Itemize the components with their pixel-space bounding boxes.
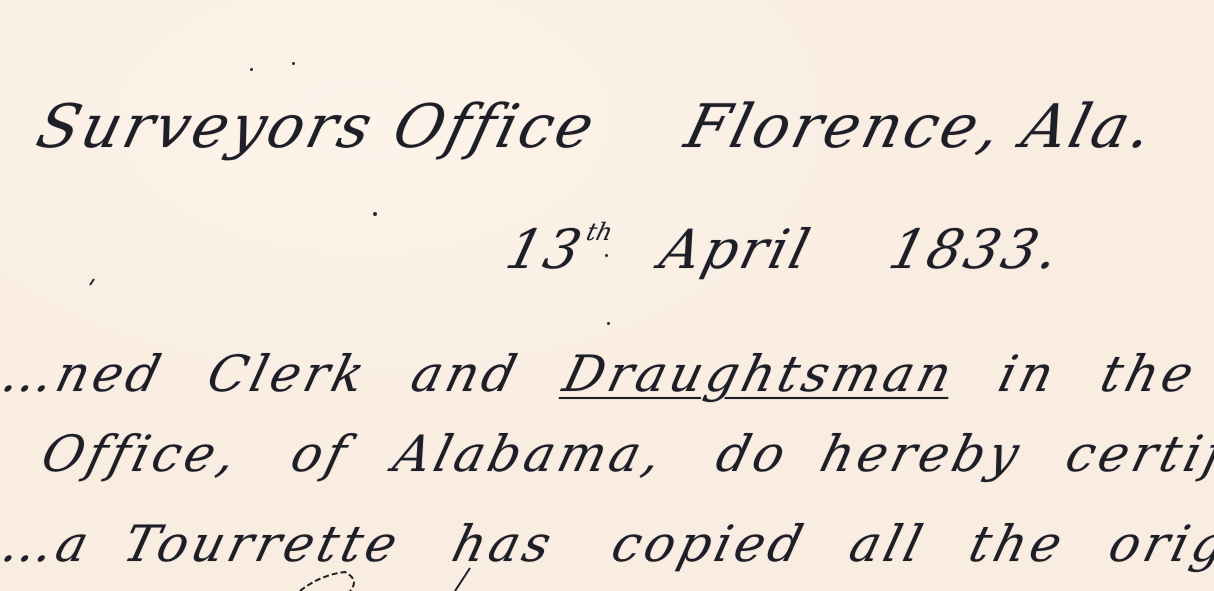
heading-place: Surveyors Office [30, 92, 604, 162]
ink-speck [605, 254, 608, 257]
body-word: original [1103, 515, 1214, 573]
date-day-suffix: th [583, 218, 615, 246]
body-word: Draughtsman [558, 345, 962, 403]
body-word: Office, [36, 425, 246, 483]
body-line-2: Office, of Alabama, do hereby certify [36, 425, 1214, 483]
body-word: all [844, 515, 932, 573]
body-word: of [285, 425, 356, 483]
body-word: …ned [0, 345, 170, 403]
body-word: hereby [815, 425, 1029, 483]
date-line: 13th April 1833. [500, 218, 1094, 281]
heading-line: Surveyors Office Florence, Ala. [30, 92, 1188, 162]
body-word: the [1095, 345, 1203, 403]
body-line-1: …ned Clerk and Draughtsman in the [0, 345, 1214, 403]
date-day: 13th [500, 218, 616, 281]
ink-speck [250, 68, 253, 71]
body-word: copied [606, 515, 812, 573]
date-year: 1833. [883, 218, 1068, 281]
ink-speck [373, 212, 377, 216]
body-word: Alabama, [388, 425, 671, 483]
body-word: and [406, 345, 526, 403]
body-word: do [711, 425, 796, 483]
document-page: Surveyors Office Florence, Ala. 13th Apr… [0, 0, 1214, 591]
heading-city: Florence, Ala. [678, 92, 1162, 162]
body-word: Clerk [202, 345, 375, 403]
body-word: Tourrette [118, 515, 407, 573]
body-line-3: …a Tourrette has copied all the original [0, 515, 1214, 573]
body-word: …a [0, 515, 98, 573]
partial-line-4-strokes [0, 0, 1214, 591]
body-word: the [963, 515, 1071, 573]
body-word: in [993, 345, 1064, 403]
ink-speck [607, 322, 610, 325]
ink-speck [292, 62, 295, 65]
body-word: has [447, 515, 561, 573]
body-word: certify [1060, 425, 1214, 483]
date-month: April [654, 218, 819, 281]
